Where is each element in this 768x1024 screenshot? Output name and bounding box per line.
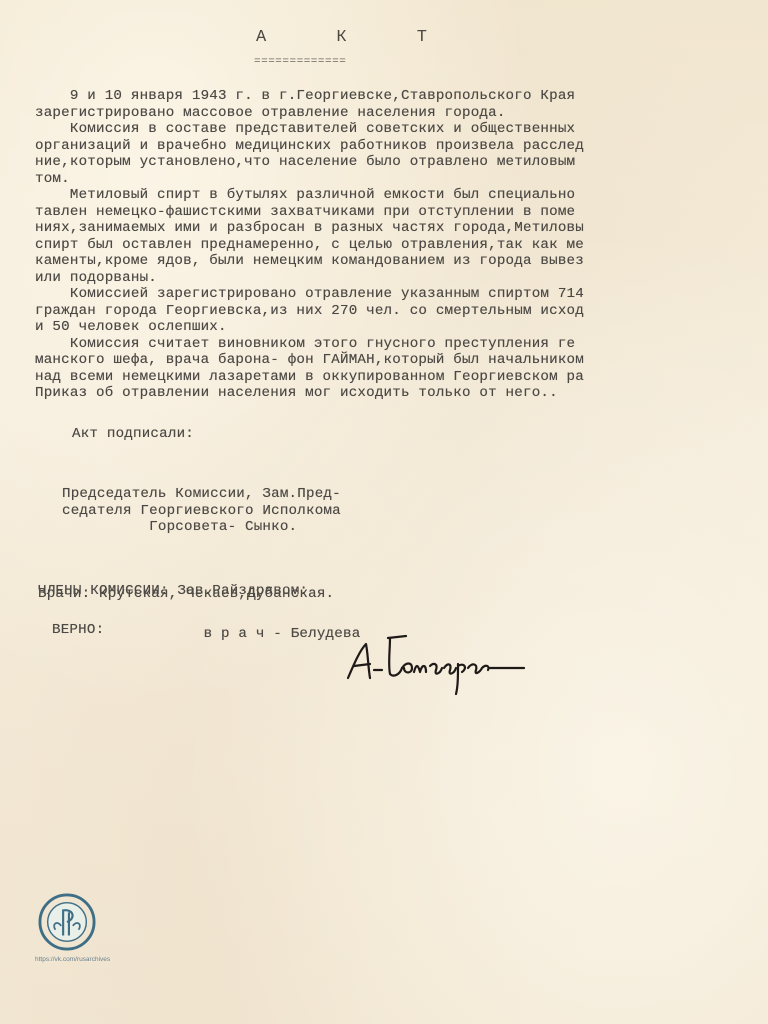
chairman-block: Председатель Комиссии, Зам.Пред-седателя… — [62, 486, 341, 536]
text-line: или подорваны. — [35, 270, 584, 287]
title-underline: ============= — [254, 56, 346, 68]
text-line: Председатель Комиссии, Зам.Пред- — [62, 486, 341, 503]
text-line: Комиссия считает виновником этого гнусно… — [35, 336, 584, 353]
text-line: над всеми немецкими лазаретами в оккупир… — [35, 369, 584, 386]
text-line: Метиловый спирт в бутылях различной емко… — [35, 187, 584, 204]
doctors-line: Врачи: Крутская, Чекаев,Дубанская. — [38, 586, 334, 603]
verno-label: ВЕРНО: — [52, 622, 104, 639]
commission-members: ЧЛЕНЫ КОМИССИИ: Зав.Райздравом: в р а ч … — [38, 550, 360, 659]
text-line: 9 и 10 января 1943 г. в г.Георгиевске,Ст… — [35, 88, 584, 105]
text-line: Горсовета- Сынко. — [62, 519, 341, 536]
act-body: 9 и 10 января 1943 г. в г.Георгиевске,Ст… — [35, 88, 584, 402]
text-line: манского шефа, врача барона- фон ГАЙМАН,… — [35, 352, 584, 369]
text-line: ние,которым установлено,что население бы… — [35, 154, 584, 171]
archive-seal-icon — [38, 893, 96, 951]
signed-label: Акт подписали: — [72, 426, 194, 443]
text-line: и 50 человек ослепших. — [35, 319, 584, 336]
text-line: ниях,занимаемых ими и разбросан в разных… — [35, 220, 584, 237]
text-line: организаций и врачебно медицинских работ… — [35, 138, 584, 155]
archive-url: https://vk.com/rusarchives — [35, 956, 110, 963]
document-title: А К Т — [256, 28, 457, 47]
text-line: зарегистрировано массовое отравление нас… — [35, 105, 584, 122]
text-line: тавлен немецко-фашистскими захватчиками … — [35, 204, 584, 221]
text-line: седателя Георгиевского Исполкома — [62, 503, 341, 520]
handwritten-signature — [340, 620, 530, 700]
text-line: Приказ об отравлении населения мог исход… — [35, 385, 584, 402]
text-line: граждан города Георгиевска,из них 270 че… — [35, 303, 584, 320]
text-line: каменты,кроме ядов, были немецким команд… — [35, 253, 584, 270]
text-line: том. — [35, 171, 584, 188]
text-line: Комиссия в составе представителей советс… — [35, 121, 584, 138]
text-line: спирт был оставлен преднамеренно, с цель… — [35, 237, 584, 254]
text-line: Комиссией зарегистрировано отравление ук… — [35, 286, 584, 303]
